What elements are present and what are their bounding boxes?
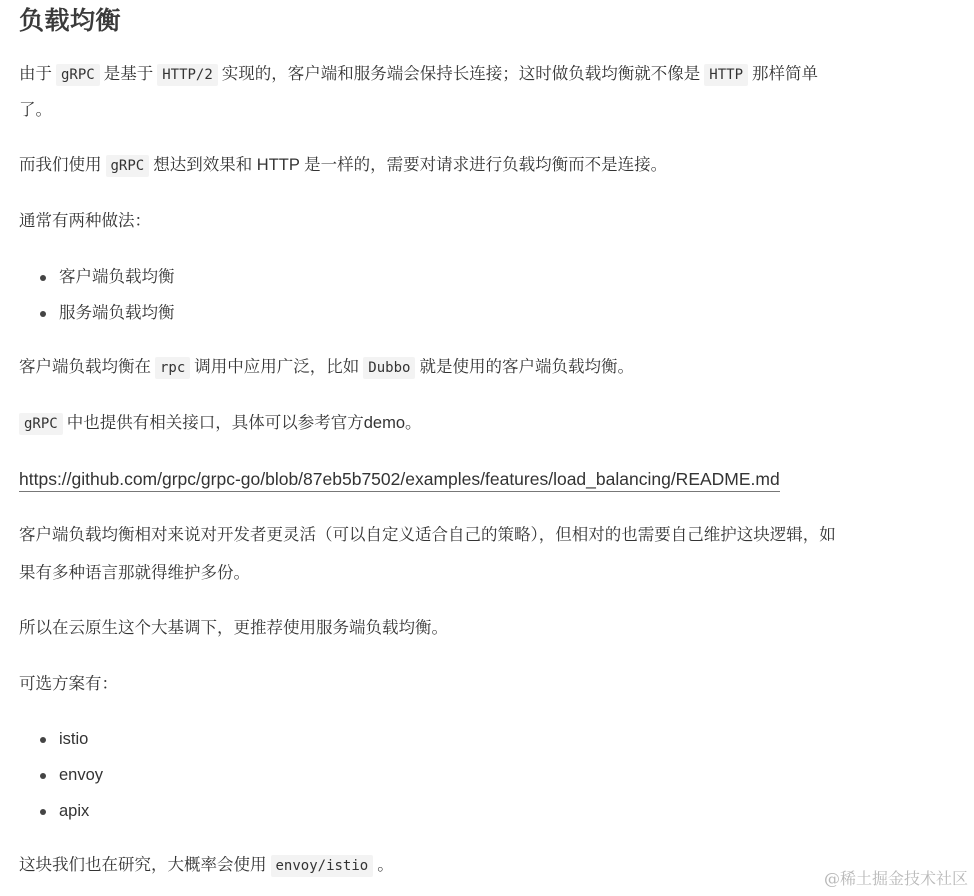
inline-code-grpc: gRPC — [56, 64, 100, 86]
inline-code-dubbo: Dubbo — [363, 357, 415, 379]
list-item: 服务端负载均衡 — [19, 295, 175, 331]
list-item: istio — [19, 721, 103, 757]
paragraph-approaches: 通常有两种做法： — [19, 203, 949, 239]
list-item-label: 服务端负载均衡 — [59, 304, 175, 322]
text: 是基于 — [104, 65, 154, 83]
text: 这块我们也在研究，大概率会使用 — [19, 856, 267, 874]
list-item: apix — [19, 793, 103, 829]
paragraph-goal: 而我们使用gRPC想达到效果和 HTTP 是一样的，需要对请求进行负载均衡而不是… — [19, 147, 949, 184]
inline-code-grpc: gRPC — [106, 155, 150, 177]
paragraph-options: 可选方案有： — [19, 666, 949, 702]
list-item-label: istio — [59, 730, 88, 748]
bullet-icon — [40, 311, 46, 317]
inline-code-rpc: rpc — [155, 357, 190, 379]
text: 实现的，客户端和服务端会保持长连接；这时做负载均衡就不像是 — [222, 65, 701, 83]
text: 调用中应用广泛，比如 — [194, 358, 359, 376]
inline-code-grpc: gRPC — [19, 413, 63, 435]
paragraph-grpc-demo: gRPC中也提供有相关接口，具体可以参考官方demo。 — [19, 405, 949, 442]
watermark: @稀土掘金技术社区 — [824, 866, 968, 889]
text: 由于 — [19, 65, 52, 83]
text: 。 — [377, 856, 394, 874]
paragraph-link: https://github.com/grpc/grpc-go/blob/87e… — [19, 461, 949, 498]
list-item-label: apix — [59, 802, 89, 820]
text: 而我们使用 — [19, 156, 102, 174]
paragraph-client-lb: 客户端负载均衡在rpc调用中应用广泛，比如Dubbo就是使用的客户端负载均衡。 — [19, 349, 949, 386]
approach-list: 客户端负载均衡 服务端负载均衡 — [19, 259, 175, 331]
bullet-icon — [40, 275, 46, 281]
text: 就是使用的客户端负载均衡。 — [419, 358, 634, 376]
inline-code-envoy-istio: envoy/istio — [271, 855, 374, 877]
options-list: istio envoy apix — [19, 721, 103, 829]
text: 果有多种语言那就得维护多份。 — [19, 564, 250, 582]
paragraph-intro-continued: 了。 — [19, 92, 949, 128]
bullet-icon — [40, 773, 46, 779]
inline-code-http2: HTTP/2 — [157, 64, 218, 86]
list-item: 客户端负载均衡 — [19, 259, 175, 295]
list-item: envoy — [19, 757, 103, 793]
section-title: 负载均衡 — [19, 4, 121, 38]
inline-code-http: HTTP — [704, 64, 748, 86]
list-item-label: envoy — [59, 766, 103, 784]
bullet-icon — [40, 809, 46, 815]
text: 客户端负载均衡在 — [19, 358, 151, 376]
github-readme-link[interactable]: https://github.com/grpc/grpc-go/blob/87e… — [19, 469, 780, 492]
text: 客户端负载均衡相对来说对开发者更灵活（可以自定义适合自己的策略），但相对的也需要… — [19, 526, 836, 544]
paragraph-tradeoff: 客户端负载均衡相对来说对开发者更灵活（可以自定义适合自己的策略），但相对的也需要… — [19, 517, 949, 553]
bullet-icon — [40, 737, 46, 743]
text: 了。 — [19, 101, 52, 119]
text: 中也提供有相关接口，具体可以参考官方demo。 — [67, 414, 422, 432]
text: 想达到效果和 HTTP 是一样的，需要对请求进行负载均衡而不是连接。 — [153, 156, 667, 174]
text: 那样简单 — [752, 65, 818, 83]
paragraph-tradeoff-continued: 果有多种语言那就得维护多份。 — [19, 555, 949, 591]
paragraph-conclusion: 这块我们也在研究，大概率会使用envoy/istio。 — [19, 847, 949, 884]
paragraph-intro: 由于gRPC是基于HTTP/2实现的，客户端和服务端会保持长连接；这时做负载均衡… — [19, 56, 949, 93]
paragraph-recommendation: 所以在云原生这个大基调下，更推荐使用服务端负载均衡。 — [19, 610, 949, 646]
list-item-label: 客户端负载均衡 — [59, 268, 175, 286]
